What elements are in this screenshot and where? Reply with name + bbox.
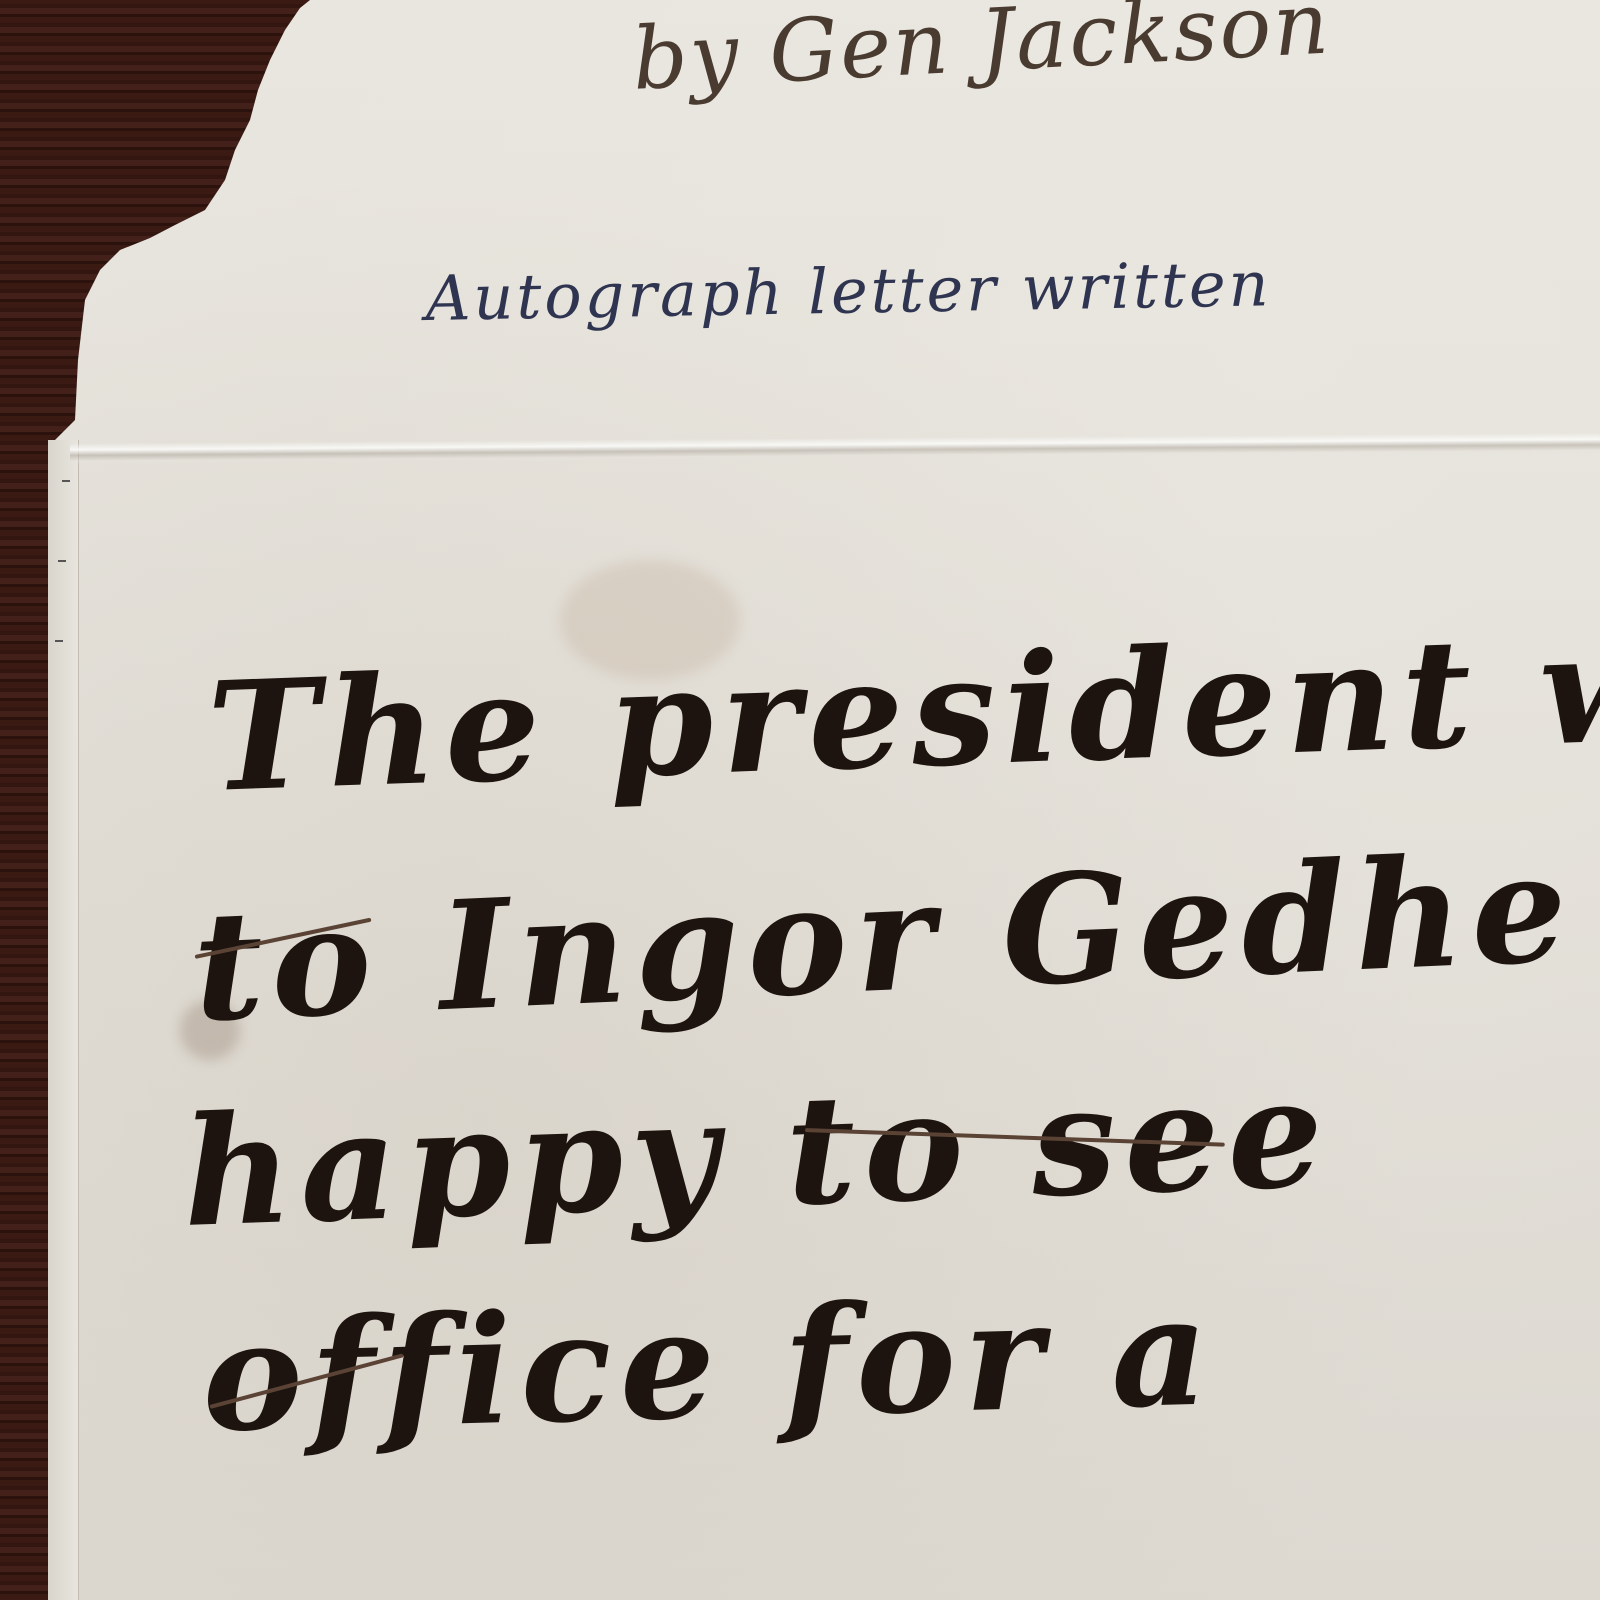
autograph-note: Autograph letter written [425, 247, 1272, 335]
edge-mark [62, 480, 70, 482]
letter-line-4: office for a [200, 1263, 1218, 1465]
edge-mark [55, 640, 63, 642]
edge-mark [58, 560, 66, 562]
paper-folded-edge [48, 440, 79, 1600]
